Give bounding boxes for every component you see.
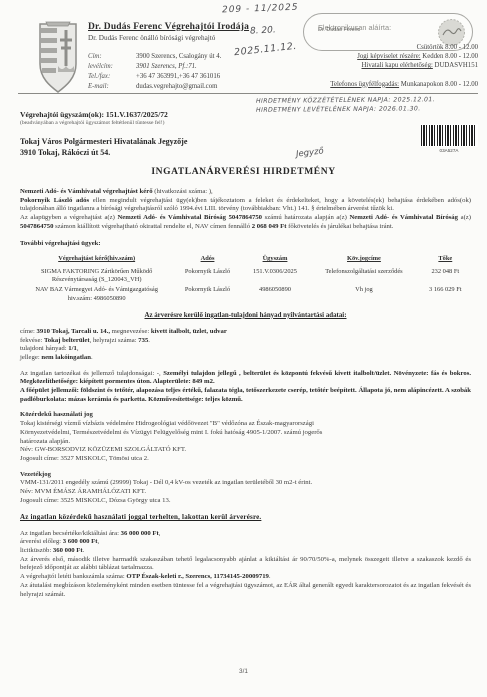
phone-value: +36 47 363991,+36 47 361016 [136,72,220,82]
stamp-signer-name: Dr. Dudás Ferenc [318,27,360,33]
encumbrance-statement: Az ingatlan közérdekű használati joggal … [20,513,471,522]
email-value: dudas.vegrehajto@gmail.com [136,82,217,92]
cell-claim-title: Telefonszolgáltatási szerződés [308,267,419,286]
public-usage-holder-name: Név: GW-BORSODVIZ KÖZÜZEMI SZOLGÁLTATÓ K… [20,446,471,455]
case-number: Végrehajtói ügyszám(ok): 151.V.1637/2025… [20,110,168,119]
handwritten-publication-dates: HIRDETMÉNY KÖZZÉTÉTELÉNEK NAPJA: 2025.12… [256,95,435,115]
hours-line1: Csütörtök 8.00 - 12.00 [330,43,478,52]
public-usage-right-block: Közérdekű használati jog Tokaj kistérség… [20,411,471,463]
table-row: NAV BAZ Vármegyei Adó- és Vámigazgatóság… [20,285,471,304]
public-usage-body-line1: Tokaj kistérségi vízmű vízbázis védelmér… [20,420,471,429]
removal-date-line: HIRDETMÉNY LEVÉTELÉNEK NAPJA: 2026.01.30… [256,105,435,116]
col-header-debtor: Adós [173,253,241,266]
cell-claim-title: Vh jog [308,285,419,304]
document-page: Dr. Dudás Ferenc Végrehajtói Irodája Dr.… [0,0,487,697]
cell-debtor: Pokornyik László [173,267,241,286]
cell-creditor: NAV BAZ Vármegyei Adó- és Vámigazgatóság… [20,285,173,304]
cell-debtor: Pokornyik László [173,285,241,304]
further-cases-label: További végrehajtási ügyek: [20,240,471,249]
cell-principal: 3 166 029 Ft [420,285,471,304]
public-usage-heading: Közérdekű használati jog [20,411,471,420]
property-location-line: fekvése: Tokaj belterület, helyrajzi szá… [20,337,471,346]
hours-line4: Telefonos ügyfélfogadás: Munkanapokon 8.… [330,80,478,89]
address-label: Cím: [88,52,136,62]
recipient-address: 3910 Tokaj, Rákóczi út 54. [20,147,187,158]
estimated-price-line: Az ingatlan becsértéke/kikiáltási ára: 3… [20,530,471,539]
main-building-description: A főépület jellemzői: földszint és tetőt… [20,387,471,404]
deposit-line: árverési előleg: 3 600 000 Ft, [20,538,471,547]
property-type-line: jellege: nem lakóingatlan. [20,354,471,363]
cell-case-number: 4986050890 [242,285,309,304]
recipient-block: Tokaj Város Polgármesteri Hivatalának Je… [20,136,187,158]
easement-holder-name: Név: MVM ÉMÁSZ ÁRAMHÁLÓZATI KFT. [20,488,471,497]
col-header-claim-title: Köv.jogcíme [308,253,419,266]
hours-line3: Hivatali kapu elérhetőség: DUDASVH151 [330,61,478,70]
intro-paragraph-1: Nemzeti Adó- és Vámhivatal végrehajtást … [20,188,471,197]
bid-step-line: licitküszöb: 360 000 Ft. [20,547,471,556]
hours-line2: Jogi képviselet részére: Kedden 8.00 - 1… [330,52,478,61]
document-body: Nemzeti Adó- és Vámhivatal végrehajtást … [20,188,471,599]
property-section-heading: Az árverésre kerülő ingatlan-tulajdoni h… [20,312,471,321]
public-usage-holder-address: Jogosult címe: 3527 MISKOLC, Tömösi utca… [20,455,471,464]
easement-body-line: VMM-131/2011 engedély számú (29999) Toka… [20,479,471,488]
handwritten-date: 2025.11.12. [234,41,298,59]
contact-block: Cím:3900 Szerencs, Csalogány út 4. levél… [88,52,221,91]
barcode-block: 03A527A [420,124,478,153]
intro-paragraph-2: Pokornyik László adós ellen megindult vé… [20,197,471,214]
easement-block: Vezetékjog VMM-131/2011 engedély számú (… [20,471,471,506]
handwritten-jegyzo: Jegyző [295,146,324,159]
property-address-line: címe: 3910 Tokaj, Tarcali u. 14., megnev… [20,328,471,337]
mail-value: 3901 Szerencs, Pf.:71. [136,62,197,72]
office-hours-block: Csütörtök 8.00 - 12.00 Jogi képviselet r… [330,43,478,89]
table-row: SIGMA FAKTORING Zártkörűen Működő Részvé… [20,267,471,286]
col-header-case-number: Ügyszám [242,253,309,266]
easement-holder-address: Jogosult címe: 3525 MISKOLC, Dózsa Györg… [20,497,471,506]
email-label: E-mail: [88,82,136,92]
handwritten-note: 8. 20. [250,25,276,36]
header-divider [18,93,478,94]
handwritten-case-number: 209 - 11/2025 [222,3,299,16]
barcode-label: 03A527A [420,148,478,153]
letterhead: Dr. Dudás Ferenc Végrehajtói Irodája Dr.… [88,22,249,42]
hungarian-coat-of-arms-icon [36,18,80,96]
col-header-creditor: Végrehajtást kérő(hiv.szám) [20,253,173,266]
property-share-line: tulajdoni hányad: 1/1, [20,345,471,354]
property-characteristics: Az ingatlan tartozékai és jellemző tulaj… [20,370,471,387]
cell-principal: 232 048 Ft [420,267,471,286]
page-number: 3/1 [0,668,487,675]
bank-account-line: A végrehajtói letéti bankszámla száma: O… [20,573,471,582]
office-name: Dr. Dudás Ferenc Végrehajtói Irodája [88,22,249,32]
recipient-name: Tokaj Város Polgármesteri Hivatalának Je… [20,136,187,147]
cell-case-number: 151.V.0306/2025 [242,267,309,286]
transfer-note: Az átutalási megbízáson közleményként mi… [20,582,471,599]
barcode-icon [420,124,478,147]
further-cases-table: Végrehajtást kérő(hiv.szám) Adós Ügyszám… [20,253,471,304]
col-header-principal: Tőke [420,253,471,266]
intro-paragraph-3: Az alapügyben a végrehajtást a(z) Nemzet… [20,214,471,231]
mail-label: levélcím: [88,62,136,72]
case-number-block: Végrehajtói ügyszám(ok): 151.V.1637/2025… [20,110,168,126]
easement-heading: Vezetékjog [20,471,471,480]
address-value: 3900 Szerencs, Csalogány út 4. [136,52,221,62]
phone-label: Tel./fax: [88,72,136,82]
auction-stages-paragraph: Az árverés első, második illetve harmadi… [20,556,471,573]
office-subtitle: Dr. Dudás Ferenc önálló bírósági végreha… [88,34,249,42]
public-usage-body-line3: határozata alapján. [20,438,471,447]
public-usage-body-line2: Környezetvédelmi, Természetvédelmi és Ví… [20,429,471,438]
cell-creditor: SIGMA FAKTORING Zártkörűen Működő Részvé… [20,267,173,286]
document-title: INGATLANÁRVERÉSI HIRDETMÉNY [0,167,487,177]
case-number-note: (beadványában a végrehajtói ügyszámot fe… [20,120,168,126]
